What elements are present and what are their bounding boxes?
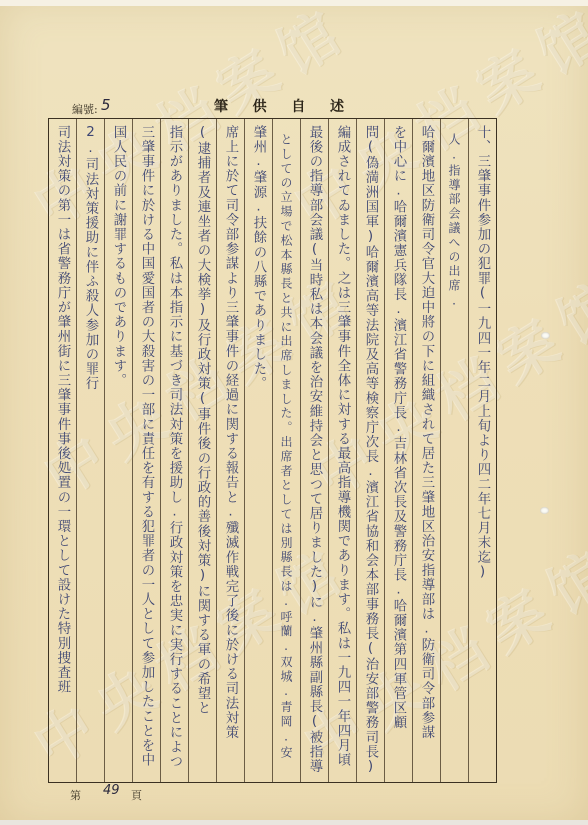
- handwritten-line: を中心に.哈爾濱憲兵隊長.濱江省警務庁長.吉林省次長及警務庁長.哈爾濱第四軍管区…: [385, 125, 412, 780]
- page-number: 49: [103, 783, 120, 798]
- manuscript-column: 哈爾濱地区防衛司令官大迫中將の下に組織されて居た三肇地区治安指導部は.防衛司令部…: [412, 119, 440, 782]
- manuscript-column: (逮捕者及連坐者の大検挙)及行政対策(事件後の行政的善後対策)に関する軍の希望と: [188, 119, 216, 782]
- handwritten-line: 指示がありました。私は本指示に基づき司法対策を援助し.行政対策を忠実に実行するこ…: [161, 125, 188, 780]
- manuscript-column: 最後の指導部会議(当時私は本会議を治安維持会と思つて居りました)に.肇州縣副縣長…: [300, 119, 328, 782]
- manuscript-column: 司法対策の第一は省警務庁が肇州街に三肇事件事後処置の一環として設けた特別捜査班: [49, 119, 76, 782]
- manuscript-column: 2.司法対策援助に伴ふ殺人参加の罪行: [76, 119, 104, 782]
- manuscript-column: 三肇事件に於ける中国愛国者の大殺害の一部に責任を有する犯罪者の一人として参加した…: [132, 119, 160, 782]
- handwritten-line: 席上に於て司令部参謀より三肇事件の経過に関する報告と.殲滅作戦完了後に於ける司法…: [217, 125, 244, 780]
- handwritten-line: 2.司法対策援助に伴ふ殺人参加の罪行: [77, 125, 104, 780]
- handwritten-line: 十、三肇事件参加の犯罪(一九四一年二月上旬より四二年七月末迄): [469, 125, 496, 780]
- manuscript-column: 指示がありました。私は本指示に基づき司法対策を援助し.行政対策を忠実に実行するこ…: [160, 119, 188, 782]
- manuscript-column: 席上に於て司令部参謀より三肇事件の経過に関する報告と.殲滅作戦完了後に於ける司法…: [216, 119, 244, 782]
- handwritten-line: 肇州.肇源.扶餘の八縣でありました。: [245, 125, 272, 780]
- binding-hole: [541, 332, 550, 339]
- handwritten-line: 人.指導部会議への出席.: [441, 133, 468, 782]
- document-page: 中央档案馆 中央档案馆 中央档案馆 中央档案馆 中央档案馆 中央档案馆 編號: …: [0, 0, 588, 825]
- manuscript-column: 肇州.肇源.扶餘の八縣でありました。: [244, 119, 272, 782]
- title-char: 自: [291, 96, 305, 116]
- page-title: 筆 供 自 述: [214, 96, 344, 116]
- serial-number: 5: [101, 96, 111, 114]
- manuscript-column: を中心に.哈爾濱憲兵隊長.濱江省警務庁長.吉林省次長及警務庁長.哈爾濱第四軍管区…: [384, 119, 412, 782]
- page-suffix: 頁: [131, 787, 142, 803]
- handwritten-line: 三肇事件に於ける中国愛国者の大殺害の一部に責任を有する犯罪者の一人として参加した…: [133, 125, 160, 780]
- handwritten-line: としての立場で松本縣長と共に出席しました。出席者としては別縣長は.呼蘭.双城.青…: [273, 133, 300, 782]
- binding-hole: [540, 507, 549, 514]
- manuscript-column: 十、三肇事件参加の犯罪(一九四一年二月上旬より四二年七月末迄): [468, 119, 496, 782]
- handwritten-line: 国人民の前に謝罪するものであります。: [105, 125, 132, 780]
- serial-label: 編號:: [72, 101, 98, 117]
- manuscript-column: としての立場で松本縣長と共に出席しました。出席者としては別縣長は.呼蘭.双城.青…: [272, 119, 300, 782]
- manuscript-column: 編成されてゐました。之は三肇事件全体に対する最高指導機関であります。私は一九四一…: [328, 119, 356, 782]
- manuscript-column: 問(偽満洲国軍)哈爾濱高等法院及高等検察庁次長.濱江省協和会本部事務長(治安部警…: [356, 119, 384, 782]
- handwritten-line: 編成されてゐました。之は三肇事件全体に対する最高指導機関であります。私は一九四一…: [329, 125, 356, 780]
- manuscript-column: 国人民の前に謝罪するものであります。: [104, 119, 132, 782]
- handwritten-line: 問(偽満洲国軍)哈爾濱高等法院及高等検察庁次長.濱江省協和会本部事務長(治安部警…: [357, 125, 384, 780]
- handwritten-line: 哈爾濱地区防衛司令官大迫中將の下に組織されて居た三肇地区治安指導部は.防衛司令部…: [413, 125, 440, 780]
- title-char: 述: [330, 96, 344, 116]
- handwritten-line: 最後の指導部会議(当時私は本会議を治安維持会と思つて居りました)に.肇州縣副縣長…: [301, 125, 328, 780]
- manuscript-column: 人.指導部会議への出席.: [440, 119, 468, 782]
- page-prefix: 第: [70, 787, 81, 803]
- title-char: 供: [253, 96, 267, 116]
- title-char: 筆: [214, 96, 228, 116]
- handwritten-line: (逮捕者及連坐者の大検挙)及行政対策(事件後の行政的善後対策)に関する軍の希望と: [189, 125, 216, 780]
- handwritten-line: 司法対策の第一は省警務庁が肇州街に三肇事件事後処置の一環として設けた特別捜査班: [49, 125, 76, 780]
- manuscript-grid: 十、三肇事件参加の犯罪(一九四一年二月上旬より四二年七月末迄) 人.指導部会議へ…: [48, 118, 497, 783]
